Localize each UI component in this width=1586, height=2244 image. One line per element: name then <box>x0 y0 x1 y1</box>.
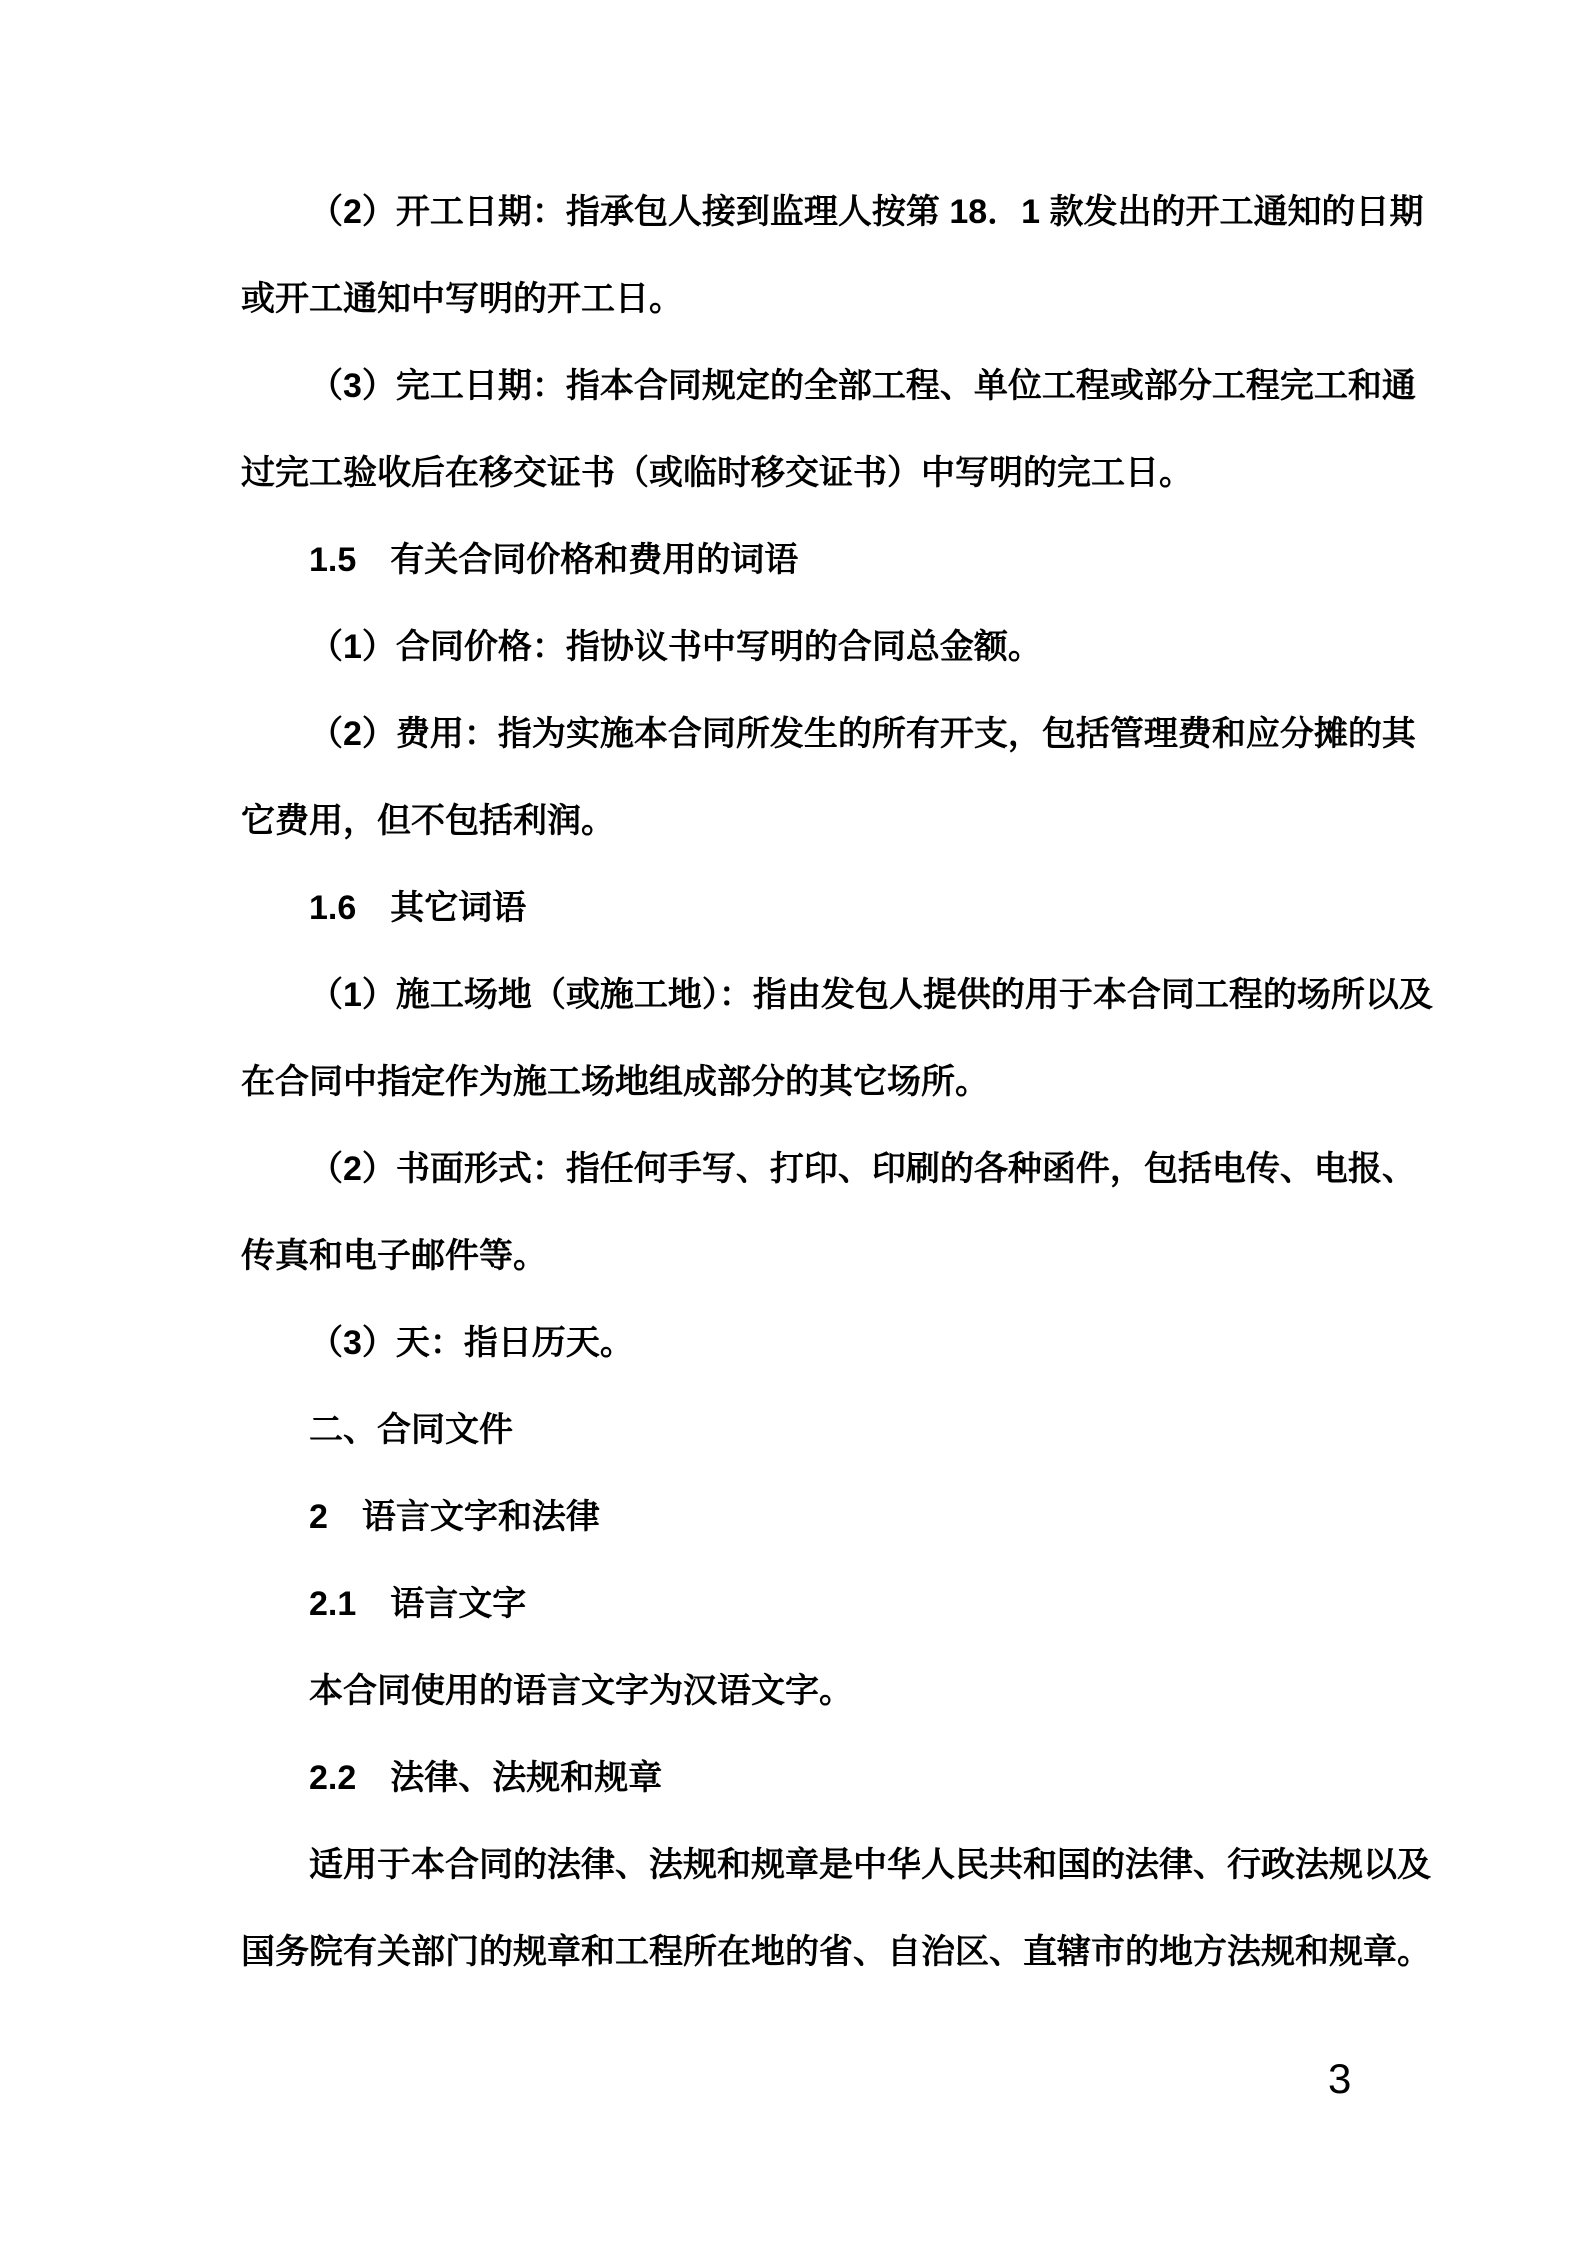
paragraph-line: （2）书面形式：指任何手写、打印、印刷的各种函件，包括电传、电报、 <box>241 1126 1461 1213</box>
paragraph-line: （2）开工日期：指承包人接到监理人按第 18．1 款发出的开工通知的日期 <box>241 169 1461 256</box>
paragraph-line: 它费用，但不包括利润。 <box>241 778 1461 865</box>
paragraph-line: 在合同中指定作为施工场地组成部分的其它场所。 <box>241 1039 1461 1126</box>
paragraph-line: 或开工通知中写明的开工日。 <box>241 256 1461 343</box>
paragraph-line: （2）费用：指为实施本合同所发生的所有开支，包括管理费和应分摊的其 <box>241 691 1461 778</box>
page-number: 3 <box>1328 2058 1351 2100</box>
paragraph-line: （3）天：指日历天。 <box>241 1300 1461 1387</box>
clause-heading: 2.2 法律、法规和规章 <box>241 1735 1461 1822</box>
paragraph-line: 本合同使用的语言文字为汉语文字。 <box>241 1648 1461 1735</box>
paragraph-line: （1）合同价格：指协议书中写明的合同总金额。 <box>241 604 1461 691</box>
paragraph-line: 传真和电子邮件等。 <box>241 1213 1461 1300</box>
clause-heading: 2 语言文字和法律 <box>241 1474 1461 1561</box>
paragraph-line: （1）施工场地（或施工地）：指由发包人提供的用于本合同工程的场所以及 <box>241 952 1461 1039</box>
paragraph-line: 过完工验收后在移交证书（或临时移交证书）中写明的完工日。 <box>241 430 1461 517</box>
document-page: （2）开工日期：指承包人接到监理人按第 18．1 款发出的开工通知的日期或开工通… <box>0 0 1586 2244</box>
clause-heading: 2.1 语言文字 <box>241 1561 1461 1648</box>
document-lines: （2）开工日期：指承包人接到监理人按第 18．1 款发出的开工通知的日期或开工通… <box>241 169 1461 1996</box>
paragraph-line: 适用于本合同的法律、法规和规章是中华人民共和国的法律、行政法规以及 <box>241 1822 1461 1909</box>
section-heading: 二、合同文件 <box>241 1387 1461 1474</box>
paragraph-line: 国务院有关部门的规章和工程所在地的省、自治区、直辖市的地方法规和规章。 <box>241 1909 1461 1996</box>
paragraph-line: （3）完工日期：指本合同规定的全部工程、单位工程或部分工程完工和通 <box>241 343 1461 430</box>
clause-heading: 1.5 有关合同价格和费用的词语 <box>241 517 1461 604</box>
clause-heading: 1.6 其它词语 <box>241 865 1461 952</box>
